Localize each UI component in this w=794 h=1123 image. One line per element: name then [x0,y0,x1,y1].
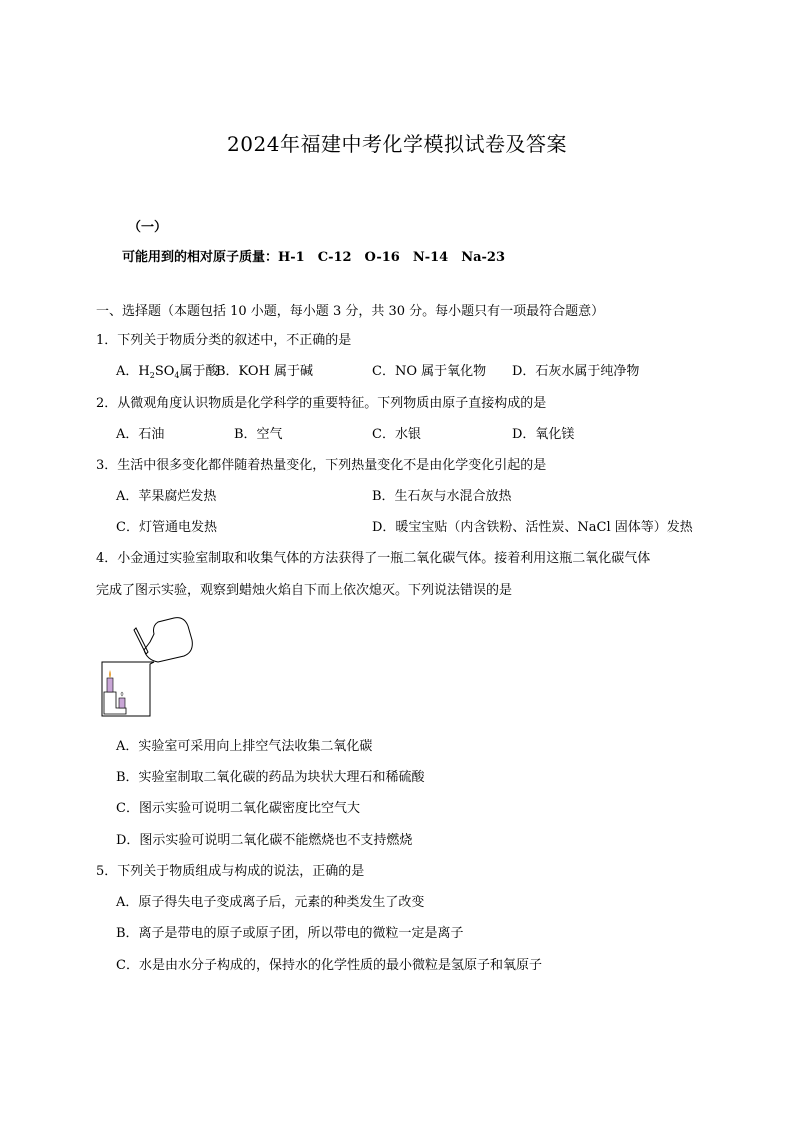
question-4-option-d: D．图示实验可说明二氧化碳不能燃烧也不支持燃烧 [116,832,412,850]
question-3-stem: 3．生活中很多变化都伴随着热量变化，下列热量变化不是由化学变化引起的是 [96,457,546,475]
option-a-suffix: 属于酸 [180,364,219,379]
question-2-option-a: A．石油 [116,426,164,444]
question-3-option-d: D．暖宝宝贴（内含铁粉、活性炭、NaCl 固体等）发热 [372,519,693,537]
question-4-option-b: B．实验室制取二氧化碳的药品为块状大理石和稀硫酸 [116,769,425,787]
question-3-option-a: A．苹果腐烂发热 [116,488,216,506]
beaker-candle-co2-icon [92,612,202,720]
section-heading: 一、选择题（本题包括 10 小题，每小题 3 分，共 30 分。每小题只有一项最… [96,303,604,321]
question-1-option-b: B．KOH 属于碱 [216,363,313,381]
question-2-option-c: C．水银 [372,426,421,444]
question-2-option-d: D．氧化镁 [512,426,574,444]
question-4-stem-line2: 完成了图示实验，观察到蜡烛火焰自下而上依次熄灭。下列说法错误的是 [96,582,512,600]
question-5-option-c: C．水是由水分子构成的，保持水的化学性质的最小微粒是氢原子和氧原子 [116,957,542,975]
question-1-option-c: C．NO 属于氧化物 [372,363,486,381]
experiment-figure [92,612,202,720]
option-a-mid: SO [155,364,175,379]
question-2-option-b: B．空气 [234,426,283,444]
question-2-stem: 2．从微观角度认识物质是化学科学的重要特征。下列物质由原子直接构成的是 [96,395,546,413]
part-label: （一） [128,219,167,237]
question-1-option-a: A．H2SO4属于酸 [116,363,219,385]
option-a-prefix: A．H [116,364,150,379]
question-4-stem-line1: 4．小金通过实验室制取和收集气体的方法获得了一瓶二氧化碳气体。接着利用这瓶二氧化… [96,550,650,568]
question-5-option-b: B．离子是带电的原子或原子团，所以带电的微粒一定是离子 [116,925,464,943]
question-3-option-c: C．灯管通电发热 [116,519,217,537]
question-1-option-d: D．石灰水属于纯净物 [512,363,639,381]
question-5-stem: 5．下列关于物质组成与构成的说法，正确的是 [96,863,364,881]
question-4-option-a: A．实验室可采用向上排空气法收集二氧化碳 [116,738,372,756]
question-3-option-b: B．生石灰与水混合放热 [372,488,512,506]
question-1-stem: 1．下列关于物质分类的叙述中，不正确的是 [96,332,351,350]
document-title: 2024年福建中考化学模拟试卷及答案 [0,128,794,157]
question-4-option-c: C．图示实验可说明二氧化碳密度比空气大 [116,800,360,818]
atomic-masses: 可能用到的相对原子质量：H-1 C-12 O-16 N-14 Na-23 [122,249,505,267]
question-5-option-a: A．原子得失电子变成离子后，元素的种类发生了改变 [116,894,424,912]
